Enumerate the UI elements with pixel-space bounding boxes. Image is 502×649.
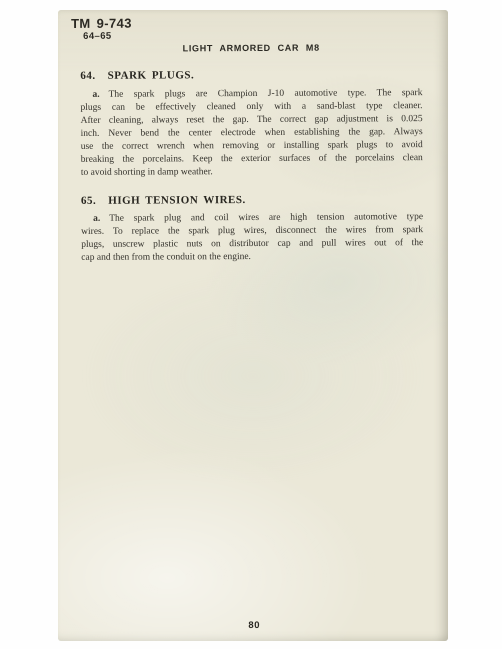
section-64-heading: 64.SPARK PLUGS. (80, 68, 422, 82)
tm-number: TM 9-743 (71, 16, 132, 31)
page-content: TM 9-743 64–65 LIGHT ARMORED CAR M8 64.S… (58, 9, 451, 642)
section-65-heading: 65.HIGH TENSION WIRES. (81, 193, 423, 207)
text-line: to avoid shorting in damp weather. (81, 165, 423, 180)
text-line: cap and then from the conduit on the eng… (81, 250, 423, 265)
paragraph-first-line-text: The spark plug and coil wires are high t… (109, 212, 423, 224)
paragraph-first-line-text: The spark plugs are Champion J-10 automo… (109, 88, 423, 100)
text-line: breaking the porcelains. Keep the exteri… (81, 152, 423, 167)
running-title: LIGHT ARMORED CAR M8 (80, 42, 422, 54)
section-64-paragraph: a.The spark plugs are Champion J-10 auto… (80, 87, 422, 180)
section-64-number: 64. (80, 70, 95, 82)
manual-page: TM 9-743 64–65 LIGHT ARMORED CAR M8 64.S… (58, 10, 448, 641)
page-number: 80 (83, 619, 425, 632)
scan-canvas: TM 9-743 64–65 LIGHT ARMORED CAR M8 64.S… (0, 0, 502, 649)
section-65-number: 65. (81, 195, 96, 207)
paragraph-lines: plugs can be effectively cleaned only wi… (80, 100, 422, 180)
text-line: plugs, unscrew plastic nuts on distribut… (81, 237, 423, 252)
section-64-title: SPARK PLUGS. (108, 69, 195, 81)
paragraph-range: 64–65 (83, 31, 111, 42)
section-65-paragraph: a.The spark plug and coil wires are high… (81, 211, 423, 265)
paragraph-lines: wires. To replace the spark plug wires, … (81, 224, 423, 265)
subparagraph-label: a. (93, 214, 100, 224)
section-65-title: HIGH TENSION WIRES. (108, 194, 246, 207)
subparagraph-label: a. (92, 90, 99, 100)
